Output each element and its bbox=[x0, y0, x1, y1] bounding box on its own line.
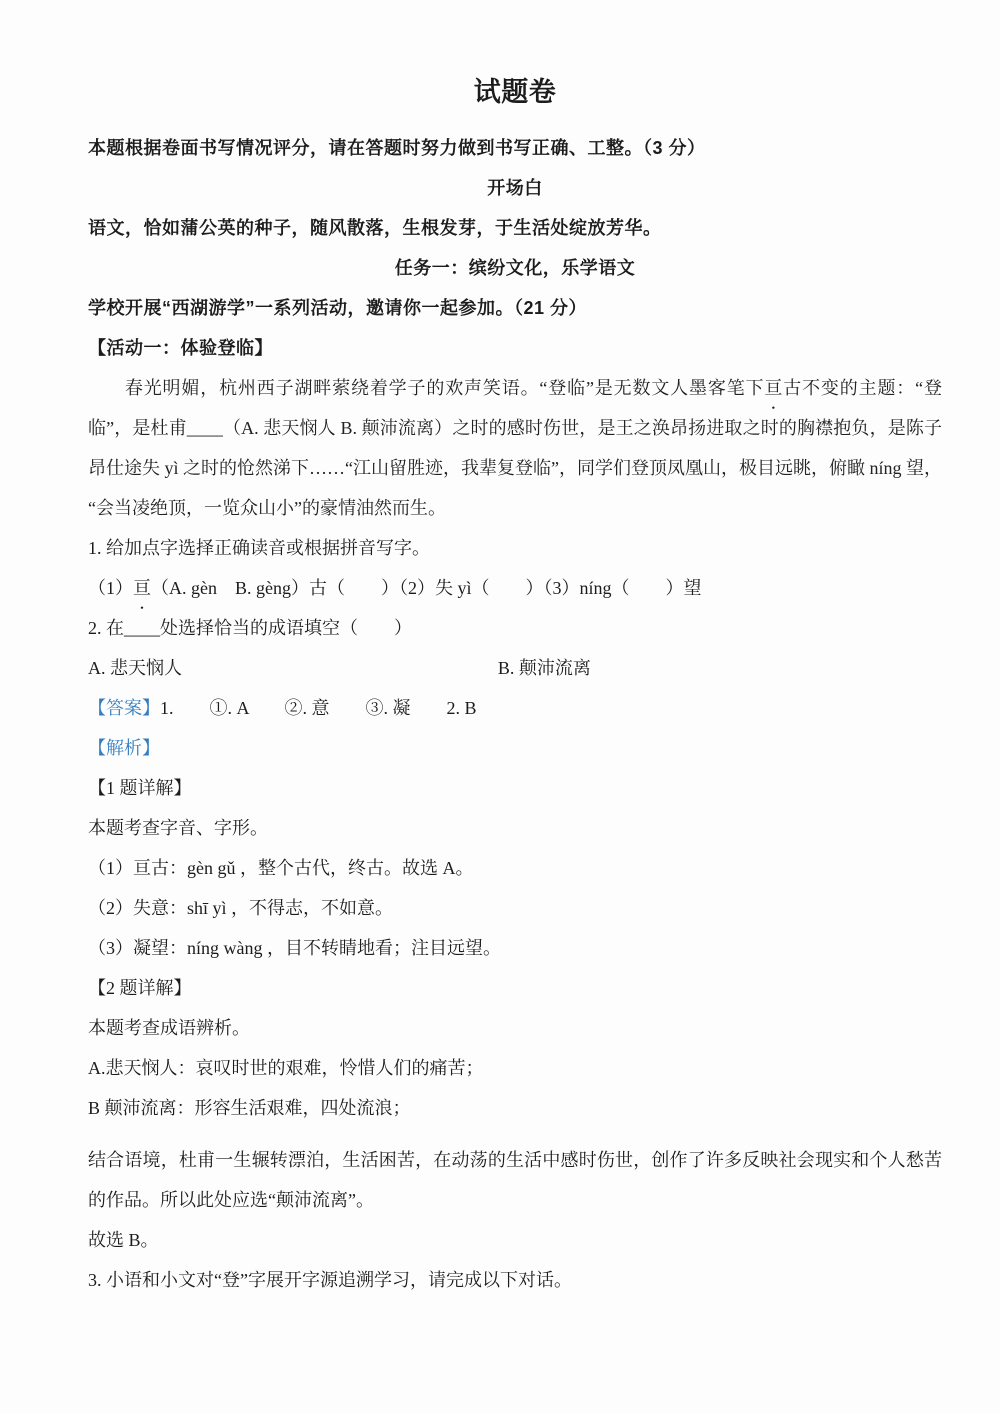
detail2-conclusion: 结合语境，杜甫一生辗转漂泊，生活困苦，在动荡的生活中感时伤世，创作了许多反映社会… bbox=[88, 1140, 942, 1220]
activity1-heading: 【活动一：体验登临】 bbox=[88, 328, 942, 368]
question2-stem: 2. 在____处选择恰当的成语填空（ ） bbox=[88, 608, 942, 648]
answer-text: 1. ①. A ②. 意 ③. 凝 2. B bbox=[160, 698, 477, 718]
analysis-line: 【解析】 bbox=[88, 728, 942, 768]
answer-line: 【答案】1. ①. A ②. 意 ③. 凝 2. B bbox=[88, 688, 942, 728]
task1-heading: 任务一：缤纷文化，乐学语文 bbox=[88, 248, 942, 288]
question2-options: A. 悲天悯人 B. 颠沛流离 bbox=[88, 648, 942, 688]
detail1-line4: （3）凝望：níng wàng ，目不转睛地看；注目远望。 bbox=[88, 928, 942, 968]
q1-item-prefix: （1） bbox=[88, 578, 133, 598]
detail1-line3: （2）失意：shī yì ，不得志，不如意。 bbox=[88, 888, 942, 928]
passage-dotted-char: 亘 bbox=[764, 368, 782, 408]
detail1-line2: （1）亘古：gèn gǔ ，整个古代，终古。故选 A。 bbox=[88, 848, 942, 888]
question3-stem: 3. 小语和小文对“登”字展开字源追溯学习，请完成以下对话。 bbox=[88, 1260, 942, 1300]
task1-intro: 学校开展“西湖游学”一系列活动，邀请你一起参加。（21 分） bbox=[88, 288, 942, 328]
detail1-heading: 【1 题详解】 bbox=[88, 768, 942, 808]
detail2-final-choice: 故选 B。 bbox=[88, 1220, 942, 1260]
detail1-line1: 本题考查字音、字形。 bbox=[88, 808, 942, 848]
analysis-label: 【解析】 bbox=[88, 738, 160, 758]
question1-stem: 1. 给加点字选择正确读音或根据拼音写字。 bbox=[88, 528, 942, 568]
writing-notice: 本题根据卷面书写情况评分，请在答题时努力做到书写正确、工整。（3 分） bbox=[88, 128, 942, 168]
question1-items: （1）亘（A. gèn B. gèng）古（ ）（2）失 yì（ ）（3）nín… bbox=[88, 568, 942, 608]
exam-document-page: 试题卷 本题根据卷面书写情况评分，请在答题时努力做到书写正确、工整。（3 分） … bbox=[0, 0, 1000, 1414]
answer-label: 【答案】 bbox=[88, 698, 160, 718]
opening-heading: 开场白 bbox=[88, 168, 942, 208]
q2-option-a: A. 悲天悯人 bbox=[88, 648, 498, 688]
passage-part2: 古不变的主题：“登临”，是杜甫____（A. 悲天悯人 B. 颠沛流离）之时的感… bbox=[88, 378, 942, 518]
doc-title: 试题卷 bbox=[88, 70, 942, 114]
q1-item-rest: （A. gèn B. gèng）古（ ）（2）失 yì（ ）（3）níng（ ）… bbox=[151, 578, 701, 598]
passage-part1: 春光明媚，杭州西子湖畔萦绕着学子的欢声笑语。“登临”是无数文人墨客笔下 bbox=[124, 378, 764, 398]
detail2-line2: A.悲天悯人：哀叹时世的艰难，怜惜人们的痛苦； bbox=[88, 1048, 942, 1088]
detail2-heading: 【2 题详解】 bbox=[88, 968, 942, 1008]
detail2-line3: B 颠沛流离：形容生活艰难，四处流浪； bbox=[88, 1088, 942, 1128]
opening-line: 语文，恰如蒲公英的种子，随风散落，生根发芽，于生活处绽放芳华。 bbox=[88, 208, 942, 248]
detail2-line1: 本题考查成语辨析。 bbox=[88, 1008, 942, 1048]
q1-dotted-char: 亘 bbox=[133, 568, 151, 608]
q2-option-b: B. 颠沛流离 bbox=[498, 648, 591, 688]
reading-passage: 春光明媚，杭州西子湖畔萦绕着学子的欢声笑语。“登临”是无数文人墨客笔下亘古不变的… bbox=[88, 368, 942, 528]
